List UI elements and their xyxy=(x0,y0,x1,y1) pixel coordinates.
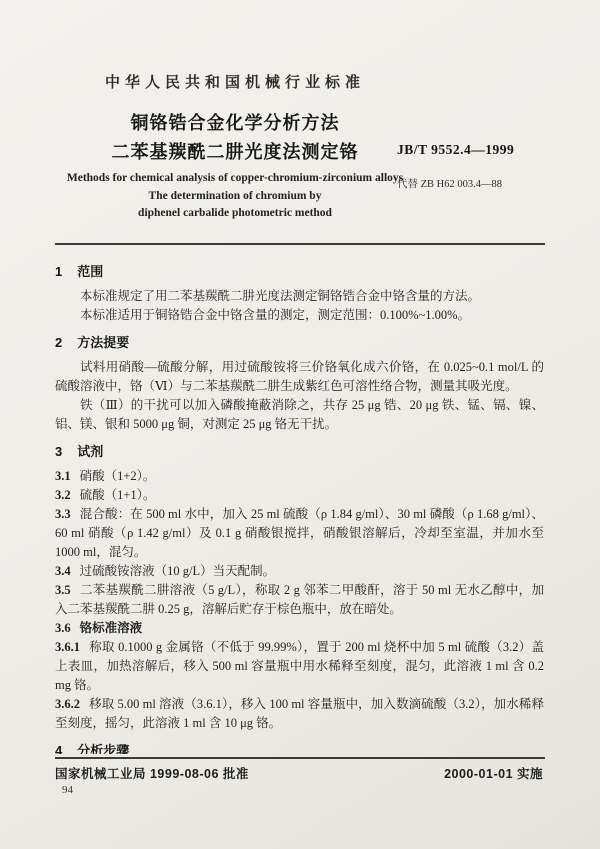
replaces-note: 代替 ZB H62 003.4—88 xyxy=(397,176,502,191)
clause-text: 称取 0.1000 g 金属铬（不低于 99.99%），置于 200 ml 烧杯… xyxy=(55,640,544,692)
paragraph: 本标准规定了用二苯基羰酰二肼光度法测定铜铬锆合金中铬含量的方法。 xyxy=(55,287,544,306)
title-english: Methods for chemical analysis of copper-… xyxy=(25,170,445,223)
section-title: 试剂 xyxy=(77,444,103,459)
section-1-heading: 1范围 xyxy=(55,262,544,281)
section-3-heading: 3试剂 xyxy=(55,442,544,461)
clause-3-6-1: 3.6.1称取 0.1000 g 金属铬（不低于 99.99%），置于 200 … xyxy=(55,638,544,695)
clause-number: 3.3 xyxy=(55,507,71,521)
clause-3-4: 3.4过硫酸铵溶液（10 g/L）当天配制。 xyxy=(55,562,544,581)
clause-3-6: 3.6铬标准溶液 xyxy=(55,619,544,638)
section-2-heading: 2方法提要 xyxy=(55,333,544,352)
clause-number: 3.1 xyxy=(55,469,71,483)
header-rule xyxy=(55,243,545,245)
section-number: 1 xyxy=(55,264,62,279)
section-title: 范围 xyxy=(77,264,103,279)
clause-3-1: 3.1硝酸（1+2）。 xyxy=(55,467,544,486)
page-number: 94 xyxy=(62,784,73,796)
standard-number: JB/T 9552.4—1999 xyxy=(397,142,514,158)
clause-text: 混合酸：在 500 ml 水中，加入 25 ml 硫酸（ρ 1.84 g/ml）… xyxy=(55,507,544,559)
footer-rule xyxy=(55,757,545,759)
section-number: 3 xyxy=(55,444,62,459)
clause-text: 硫酸（1+1）。 xyxy=(80,488,156,502)
title-chinese-line1: 铜铬锆合金化学分析方法 xyxy=(40,109,430,135)
implementation-note: 2000-01-01 实施 xyxy=(444,764,543,782)
clause-3-2: 3.2硫酸（1+1）。 xyxy=(55,486,544,505)
approval-note: 国家机械工业局 1999-08-06 批准 xyxy=(55,764,249,782)
paragraph: 本标准适用于铜铬锆合金中铬含量的测定，测定范围：0.100%~1.00%。 xyxy=(55,306,544,325)
clause-number: 3.2 xyxy=(55,488,71,502)
title-english-line3: diphenel carbalide photometric method xyxy=(25,205,445,223)
paragraph: 试料用硝酸—硫酸分解，用过硫酸铵将三价铬氧化成六价铬，在 0.025~0.1 m… xyxy=(55,358,544,396)
section-number: 2 xyxy=(55,335,62,350)
section-number: 4 xyxy=(55,743,62,754)
scanned-standard-page: 中华人民共和国机械行业标准 铜铬锆合金化学分析方法 二苯基羰酰二肼光度法测定铬 … xyxy=(0,0,600,849)
title-chinese-line2: 二苯基羰酰二肼光度法测定铬 xyxy=(40,138,430,164)
section-title: 分析步骤 xyxy=(77,743,129,754)
clause-text: 过硫酸铵溶液（10 g/L）当天配制。 xyxy=(80,564,275,578)
clause-number: 3.6.2 xyxy=(55,697,80,711)
title-english-line1: Methods for chemical analysis of copper-… xyxy=(25,170,445,188)
section-title: 方法提要 xyxy=(77,335,129,350)
clause-number: 3.4 xyxy=(55,564,71,578)
document-body: 1范围 本标准规定了用二苯基羰酰二肼光度法测定铜铬锆合金中铬含量的方法。 本标准… xyxy=(55,254,544,754)
section-4-heading: 4分析步骤 xyxy=(55,741,544,754)
clause-text: 硝酸（1+2）。 xyxy=(80,469,156,483)
clause-text: 移取 5.00 ml 溶液（3.6.1），移入 100 ml 容量瓶中，加入数滴… xyxy=(55,697,544,730)
clause-text: 二苯基羰酰二肼溶液（5 g/L），称取 2 g 邻苯二甲酸酐，溶于 50 ml … xyxy=(55,583,544,616)
clause-3-3: 3.3混合酸：在 500 ml 水中，加入 25 ml 硫酸（ρ 1.84 g/… xyxy=(55,505,544,562)
clause-title: 铬标准溶液 xyxy=(80,621,143,635)
title-english-line2: The determination of chromium by xyxy=(25,188,445,206)
clause-3-6-2: 3.6.2移取 5.00 ml 溶液（3.6.1），移入 100 ml 容量瓶中… xyxy=(55,695,544,733)
paragraph: 铁（Ⅲ）的干扰可以加入磷酸掩蔽消除之，共存 25 μg 锆、20 μg 铁、锰、… xyxy=(55,396,544,434)
clause-number: 3.6 xyxy=(55,621,71,635)
clause-number: 3.5 xyxy=(55,583,71,597)
clause-3-5: 3.5二苯基羰酰二肼溶液（5 g/L），称取 2 g 邻苯二甲酸酐，溶于 50 … xyxy=(55,581,544,619)
standard-type-label: 中华人民共和国机械行业标准 xyxy=(45,71,425,92)
clause-number: 3.6.1 xyxy=(55,640,80,654)
